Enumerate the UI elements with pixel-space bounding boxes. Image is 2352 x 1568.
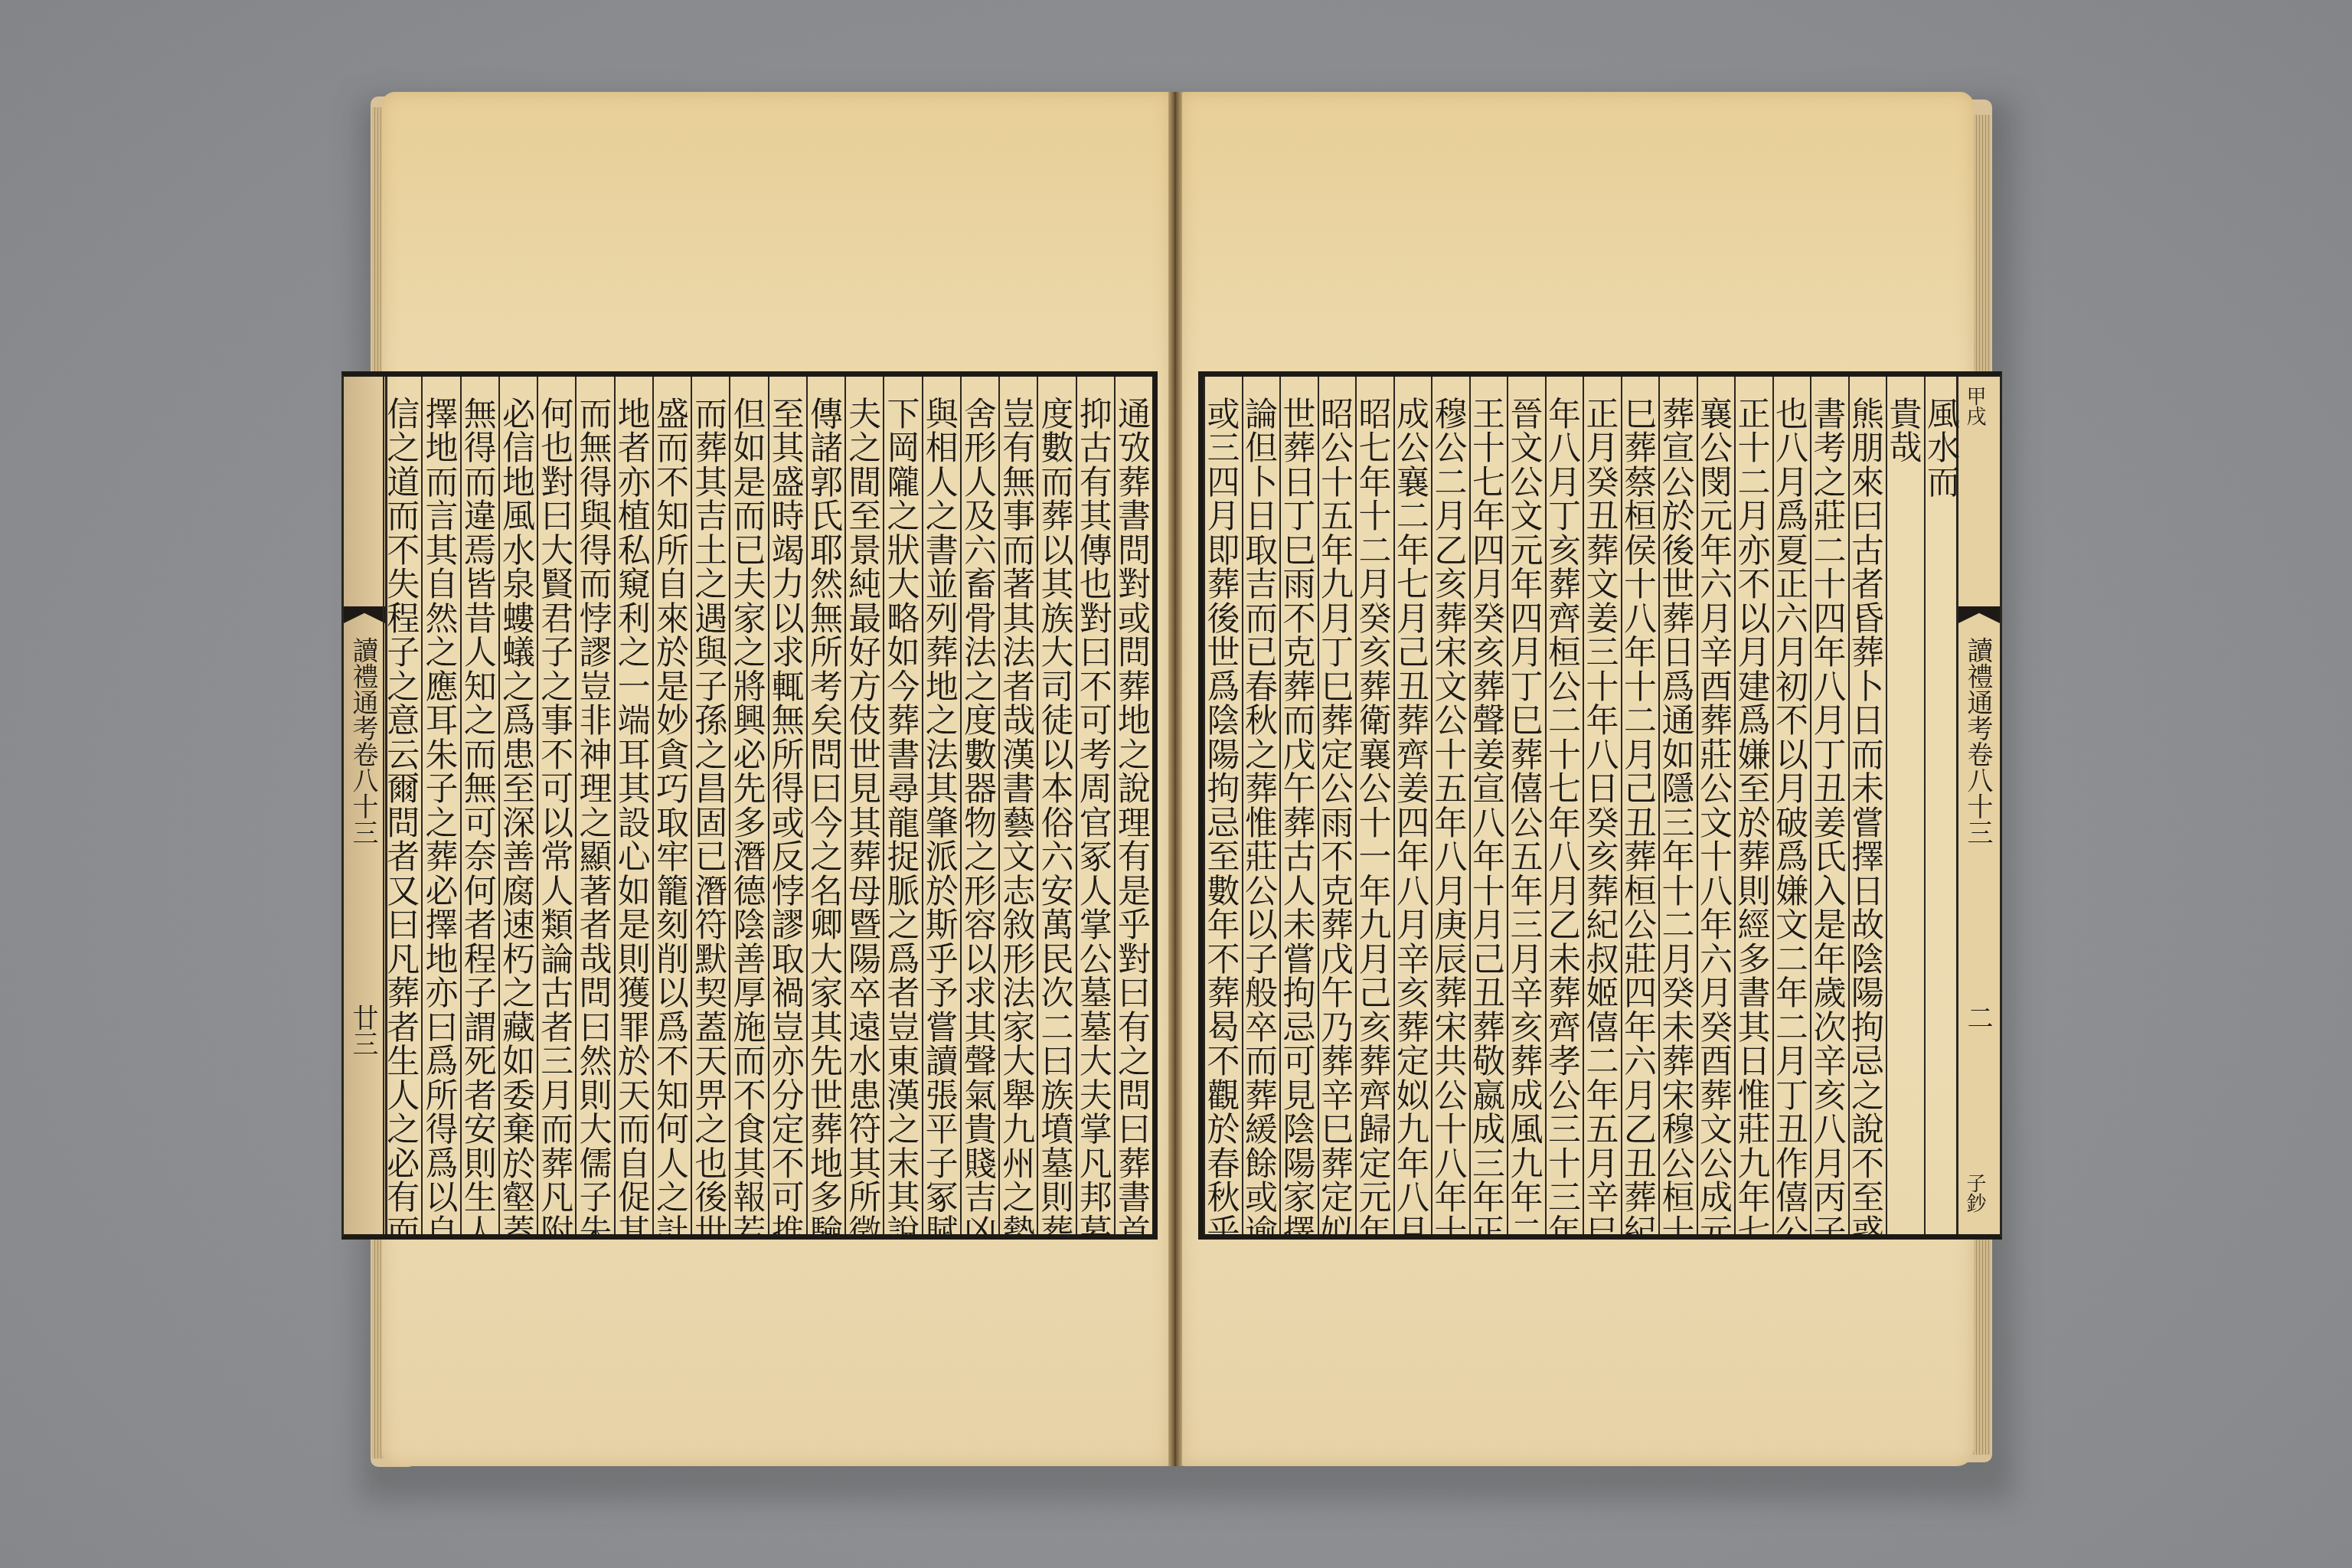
text-column: 正十二月亦不以月建爲嫌至於葬則經多書其日惟莊九年七月丁酉葬齊 <box>1734 377 1772 1234</box>
text-column: 夫之間至景純最好方伎世見其葬母暨陽卒遠水患符其所徵而遂以葬書 <box>844 377 883 1234</box>
text-column: 抑古有其傳也對曰不可考周官冢人掌公墓墓大夫掌凡邦墓皆辨其尊卑 <box>1076 377 1114 1234</box>
text-column: 何也對曰大賢君子之事不可以常人類論古者三月而葬凡附於棺者必誠 <box>537 377 575 1234</box>
text-column: 也八月爲夏正六月初不以月破爲嫌文二年二月丁丑作僖公主二月爲夏 <box>1772 377 1811 1234</box>
banxin-title: 讀禮通考卷八十三 <box>350 637 376 845</box>
text-column: 無得而違焉皆昔人知之而無可奈何者程子謂死者安則生人安必自後世 <box>460 377 498 1234</box>
text-column: 成公襄二年七月己丑葬齊姜四年八月辛亥葬定姒九年八月癸未葬穆姜 <box>1393 377 1432 1234</box>
text-column: 葬宣公於後世葬日爲通如隱三年十二月癸未葬宋穆公桓十七年八月癸 <box>1658 377 1697 1234</box>
text-column: 貴哉 <box>1886 377 1924 1234</box>
banxin-header-label: 甲戌 <box>1965 386 1984 426</box>
text-column: 穆公二月乙亥葬宋文公十五年八月庚辰葬宋共公十八年十二月丁未葬 <box>1431 377 1469 1234</box>
text-column: 信之道而不失程子之意云爾問者又曰凡葬者生人之必有而大儒君子所 <box>383 377 421 1234</box>
text-column: 昭公十五年九月丁巳葬定公雨不克葬戊午乃葬辛巳葬定姒是皆不合後 <box>1318 377 1356 1234</box>
banxin-title: 讀禮通考卷八十三 <box>1965 637 1991 845</box>
text-column: 舍形人及六畜骨法之度數器物之形容以求其聲氣貴賤吉凶而宮宅地形 <box>960 377 998 1234</box>
text-column: 擇地而言其自然之應耳朱子之葬必擇地亦曰爲所得爲以自盡夫必誠必 <box>421 377 459 1234</box>
text-column: 正月癸丑葬文姜三十年八日癸亥葬紀叔姬僖二年五月辛巳葬哀姜十八 <box>1583 377 1621 1234</box>
text-column: 風水而 <box>1924 377 1962 1234</box>
banxin-leaf-number: 廿三 <box>350 1004 376 1057</box>
text-column: 而無得與得而悖謬豈非神理之顯著者哉問曰然則大儒子朱子亦有取焉 <box>575 377 613 1234</box>
fishtail-mark <box>344 606 385 623</box>
banxin-bottom-mark: 子鈔 <box>1965 1173 1984 1213</box>
left-text-frame: 通攷葬書問對或問葬地之說理有是乎對曰有之問曰葬書首郭氏之言乎 抑古有其傳也對曰不… <box>383 371 1158 1240</box>
text-column: 巳葬蔡桓侯十八年十二月己丑葬桓公莊四年六月乙丑葬紀伯姬二十二年 <box>1621 377 1659 1234</box>
text-column: 襄公閔元年六月辛酉葬莊公文十八年六月癸酉葬文公成元年二月辛酉 <box>1697 377 1735 1234</box>
text-column: 地者亦植私窺利之一端耳其設心如是則獲罪於天而自促其數者多矣擇 <box>614 377 652 1234</box>
text-column: 昭七年十二月癸亥葬衛襄公十一年九月己亥葬齊歸定元年七月癸巳葬 <box>1355 377 1393 1234</box>
left-banxin: 讀禮通考卷八十三 廿三 <box>341 371 387 1240</box>
text-column: 熊朋來曰古者昏葬卜日而未嘗擇日故陰陽拘忌之說不至惑人以春秋所 <box>1848 377 1886 1234</box>
book-gutter <box>1168 92 1182 1466</box>
text-column: 論但卜日取吉而已春秋之葬惟莊公以子般卒而葬緩餘或逾月 <box>1242 377 1280 1234</box>
right-text-frame: 風水而 貴哉 熊朋來曰古者昏葬卜日而未嘗擇日故陰陽拘忌之說不至惑人以春秋所 書考… <box>1198 371 1962 1240</box>
banxin-leaf-number: 二 <box>1965 1004 1991 1031</box>
text-column: 書考之莊二十四年八月丁丑姜氏入是年歲次辛亥八月丙子朔乃初二日 <box>1810 377 1848 1234</box>
fishtail-mark <box>1958 606 2000 623</box>
right-columns: 風水而 貴哉 熊朋來曰古者昏葬卜日而未嘗擇日故陰陽拘忌之說不至惑人以春秋所 書考… <box>1204 377 1962 1234</box>
text-column: 但如是而已夫家之將興必先多潛德陰善厚施而不食其報若是者雖不擇 <box>729 377 767 1234</box>
text-column: 必信地風水泉螻蟻之爲患至深善腐速朽之藏如委棄於壑蓋時有定制民 <box>498 377 537 1234</box>
text-column: 盛而不知所自來於是妙貪巧取牢籠刻削以爲不知何人之計則其急於擇 <box>652 377 691 1234</box>
text-column: 與相人之書並列葬地之法其肇派於斯乎予嘗讀張平子冢賦見其自述上 <box>922 377 960 1234</box>
text-column: 王十七年四月癸亥葬聲姜宣八年十月己丑葬敬嬴成三年正月辛亥葬衛 <box>1469 377 1508 1234</box>
text-column: 年八月丁亥葬齊桓公二十七年八月乙未葬齊孝公三十三年四月癸巳葬 <box>1545 377 1583 1234</box>
text-column: 晉文公文元年四月丁巳葬僖公五年三月辛亥葬成風九年二月辛丑葬襄 <box>1507 377 1545 1234</box>
text-column: 度數而葬以其族大司徒以本俗六安萬民次二曰族墳墓則葬不擇地明矣 <box>1037 377 1075 1234</box>
left-columns: 通攷葬書問對或問葬地之說理有是乎對曰有之問曰葬書首郭氏之言乎 抑古有其傳也對曰不… <box>383 377 1152 1234</box>
text-column: 或三四月即葬後世爲陰陽拘忌至數年不葬曷不觀於春秋乎 <box>1204 377 1242 1234</box>
text-column: 傳諸郭氏耶然無所考矣問曰今之名卿大家其先世葬地多驗如執券取物 <box>806 377 844 1234</box>
text-column: 而葬其吉土之遇與子孫之昌固已潛符默契蓋天畀之也後世見其先之鼎 <box>691 377 729 1234</box>
text-column: 通攷葬書問對或問葬地之說理有是乎對曰有之問曰葬書首郭氏之言乎 <box>1114 377 1152 1234</box>
text-column: 世葬日丁巳雨不克葬而戊午葬古人未嘗拘忌可見陰陽家擇日古人所不 <box>1279 377 1318 1234</box>
text-column: 至其盛時竭力以求輒無所得或反悖謬取禍豈亦分定不可推移耶對曰不 <box>768 377 806 1234</box>
text-column: 下岡隴之狀大略如今葬書尋龍捉脈之爲者豈東漢之末其說已行於士大 <box>883 377 921 1234</box>
right-banxin: 甲戌 讀禮通考卷八十三 二 子鈔 <box>1956 371 2002 1240</box>
text-column: 豈有無事而著其法者哉漢書藝文志敘形法家大舉九州之勢以立城郭室 <box>998 377 1037 1234</box>
